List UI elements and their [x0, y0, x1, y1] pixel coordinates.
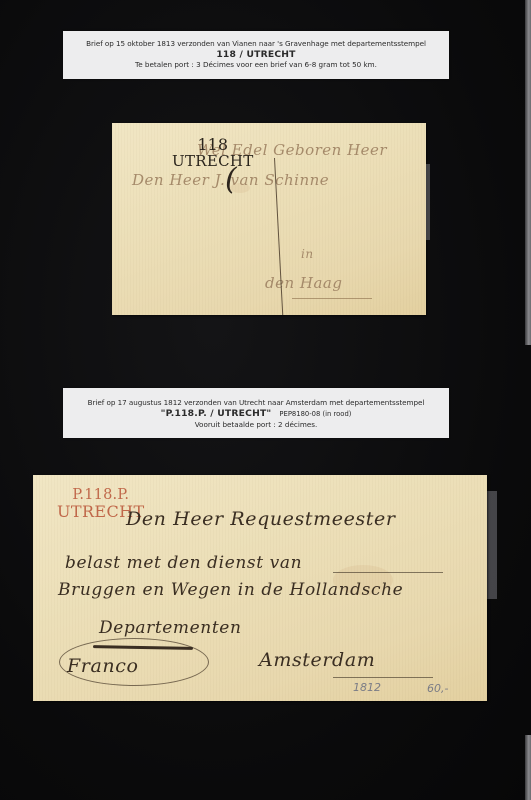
caption-label-1813: Brief op 15 oktober 1813 verzonden van V…	[63, 31, 449, 79]
postmark-number: 118	[172, 137, 254, 153]
album-binding-strip	[525, 0, 531, 345]
address-underline	[333, 677, 433, 678]
caption-postage-note: Vooruit betaalde port : 2 décimes.	[63, 420, 449, 430]
album-page: Brief op 15 oktober 1813 verzonden van V…	[0, 0, 531, 800]
pencil-price-note: 60,-	[427, 682, 448, 695]
address-line: Den Heer Requestmeester	[126, 508, 396, 530]
address-line: den Haag	[265, 274, 342, 292]
album-binding-strip	[525, 735, 531, 800]
address-line: Bruggen en Wegen in de Hollandsche	[58, 580, 403, 600]
postmark-number: P.118.P.	[57, 488, 145, 503]
mount-strip	[426, 164, 430, 240]
address-line: Amsterdam	[259, 649, 375, 671]
caption-postage-note: Te betalen port : 3 Décimes voor een bri…	[63, 60, 449, 70]
pencil-year-note: 1812	[353, 681, 381, 694]
departmental-postmark: 118 UTRECHT	[172, 137, 254, 169]
caption-postmark-name: "P.118.P. / UTRECHT"	[161, 408, 272, 419]
address-line: Departementen	[99, 618, 242, 638]
caption-description: Brief op 17 augustus 1812 verzonden van …	[63, 398, 449, 408]
address-line: in	[301, 247, 314, 261]
postage-rate-mark: (	[225, 165, 237, 195]
franco-note: Franco	[67, 655, 139, 677]
caption-label-1812: Brief op 17 augustus 1812 verzonden van …	[63, 388, 449, 438]
caption-postmark-title: "P.118.P. / UTRECHT"PEP8180-08 (in rood)	[63, 408, 449, 420]
address-line: belast met den dienst van	[65, 553, 302, 573]
address-underline	[292, 298, 372, 299]
caption-postmark-title: 118 / UTRECHT	[63, 49, 449, 60]
postmark-city: UTRECHT	[172, 154, 254, 169]
address-underline	[333, 572, 443, 573]
postal-cover-1812: P.118.P. UTRECHT Den Heer Requestmeester…	[33, 475, 487, 701]
caption-description: Brief op 15 oktober 1813 verzonden van V…	[63, 39, 449, 49]
postal-cover-1813: Wel Edel Geboren Heer Den Heer J. van Sc…	[112, 123, 426, 315]
caption-catalog-ref: PEP8180-08 (in rood)	[279, 410, 351, 418]
